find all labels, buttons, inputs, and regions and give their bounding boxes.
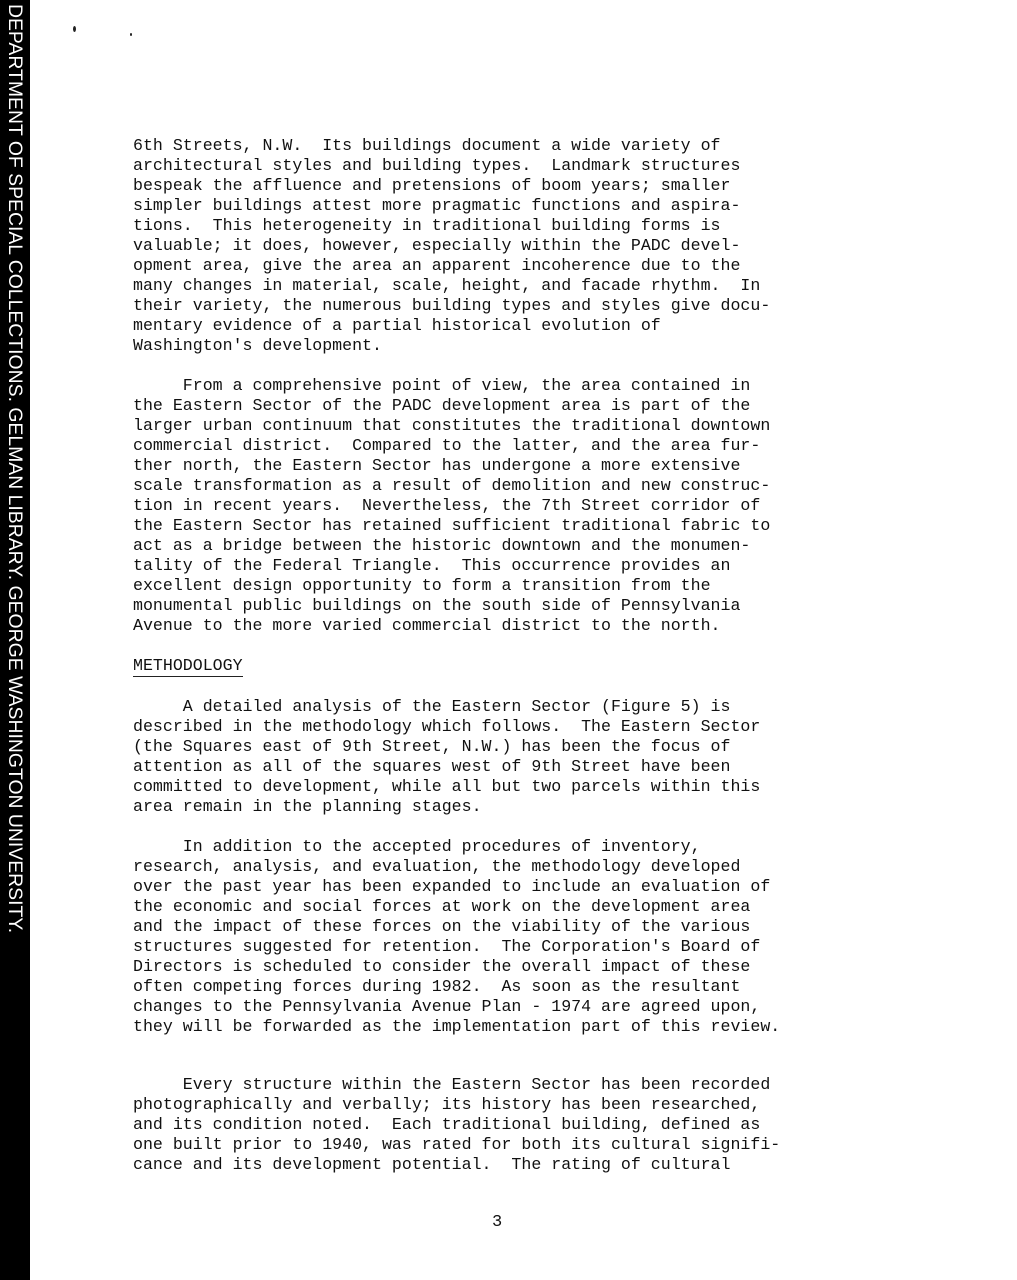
paragraph-detailed-analysis: A detailed analysis of the Eastern Secto… xyxy=(133,697,933,817)
text-line: they will be forwarded as the implementa… xyxy=(133,1017,933,1037)
text-line: one built prior to 1940, was rated for b… xyxy=(133,1135,933,1155)
text-line: tion in recent years. Nevertheless, the … xyxy=(133,496,933,516)
paragraph-comprehensive-view: From a comprehensive point of view, the … xyxy=(133,376,933,636)
text-line: ther north, the Eastern Sector has under… xyxy=(133,456,933,476)
text-line: monumental public buildings on the south… xyxy=(133,596,933,616)
page-number: 3 xyxy=(492,1213,502,1233)
text-line: over the past year has been expanded to … xyxy=(133,877,933,897)
text-line: commercial district. Compared to the lat… xyxy=(133,436,933,456)
text-line: the Eastern Sector has retained sufficie… xyxy=(133,516,933,536)
document-page: 6th Streets, N.W. Its buildings document… xyxy=(133,136,933,1195)
text-line: opment area, give the area an apparent i… xyxy=(133,256,933,276)
text-line: structures suggested for retention. The … xyxy=(133,937,933,957)
text-line: tality of the Federal Triangle. This occ… xyxy=(133,556,933,576)
text-line: often competing forces during 1982. As s… xyxy=(133,977,933,997)
text-line: Avenue to the more varied commercial dis… xyxy=(133,616,933,636)
paragraph-intro: 6th Streets, N.W. Its buildings document… xyxy=(133,136,933,356)
text-line: mentary evidence of a partial historical… xyxy=(133,316,933,336)
text-line: the Eastern Sector of the PADC developme… xyxy=(133,396,933,416)
text-line: From a comprehensive point of view, the … xyxy=(133,376,933,396)
text-line: 6th Streets, N.W. Its buildings document… xyxy=(133,136,933,156)
text-line: valuable; it does, however, especially w… xyxy=(133,236,933,256)
text-line: tions. This heterogeneity in traditional… xyxy=(133,216,933,236)
scan-speck xyxy=(130,33,132,36)
text-line: (the Squares east of 9th Street, N.W.) h… xyxy=(133,737,933,757)
text-line: simpler buildings attest more pragmatic … xyxy=(133,196,933,216)
text-line: bespeak the affluence and pretensions of… xyxy=(133,176,933,196)
blank-gap xyxy=(133,1057,933,1075)
text-line: act as a bridge between the historic dow… xyxy=(133,536,933,556)
text-line: and its condition noted. Each traditiona… xyxy=(133,1115,933,1135)
text-line: committed to development, while all but … xyxy=(133,777,933,797)
text-line: many changes in material, scale, height,… xyxy=(133,276,933,296)
archive-credit-text: DEPARTMENT OF SPECIAL COLLECTIONS. GELMA… xyxy=(3,4,27,933)
text-line: Washington's development. xyxy=(133,336,933,356)
text-line: larger urban continuum that constitutes … xyxy=(133,416,933,436)
text-line: A detailed analysis of the Eastern Secto… xyxy=(133,697,933,717)
text-line: area remain in the planning stages. xyxy=(133,797,933,817)
text-line: changes to the Pennsylvania Avenue Plan … xyxy=(133,997,933,1017)
text-line: attention as all of the squares west of … xyxy=(133,757,933,777)
text-line: Directors is scheduled to consider the o… xyxy=(133,957,933,977)
archive-side-strip: DEPARTMENT OF SPECIAL COLLECTIONS. GELMA… xyxy=(0,0,30,1280)
text-line: In addition to the accepted procedures o… xyxy=(133,837,933,857)
text-line: and the impact of these forces on the vi… xyxy=(133,917,933,937)
text-line: excellent design opportunity to form a t… xyxy=(133,576,933,596)
text-line: the economic and social forces at work o… xyxy=(133,897,933,917)
text-line: cance and its development potential. The… xyxy=(133,1155,933,1175)
text-line: architectural styles and building types.… xyxy=(133,156,933,176)
paragraph-recording: Every structure within the Eastern Secto… xyxy=(133,1075,933,1175)
text-line: their variety, the numerous building typ… xyxy=(133,296,933,316)
text-line: Every structure within the Eastern Secto… xyxy=(133,1075,933,1095)
text-line: research, analysis, and evaluation, the … xyxy=(133,857,933,877)
text-line: scale transformation as a result of demo… xyxy=(133,476,933,496)
section-heading-methodology: METHODOLOGY xyxy=(133,656,243,677)
scan-speck xyxy=(73,26,76,32)
text-line: described in the methodology which follo… xyxy=(133,717,933,737)
paragraph-procedures: In addition to the accepted procedures o… xyxy=(133,837,933,1037)
text-line: photographically and verbally; its histo… xyxy=(133,1095,933,1115)
